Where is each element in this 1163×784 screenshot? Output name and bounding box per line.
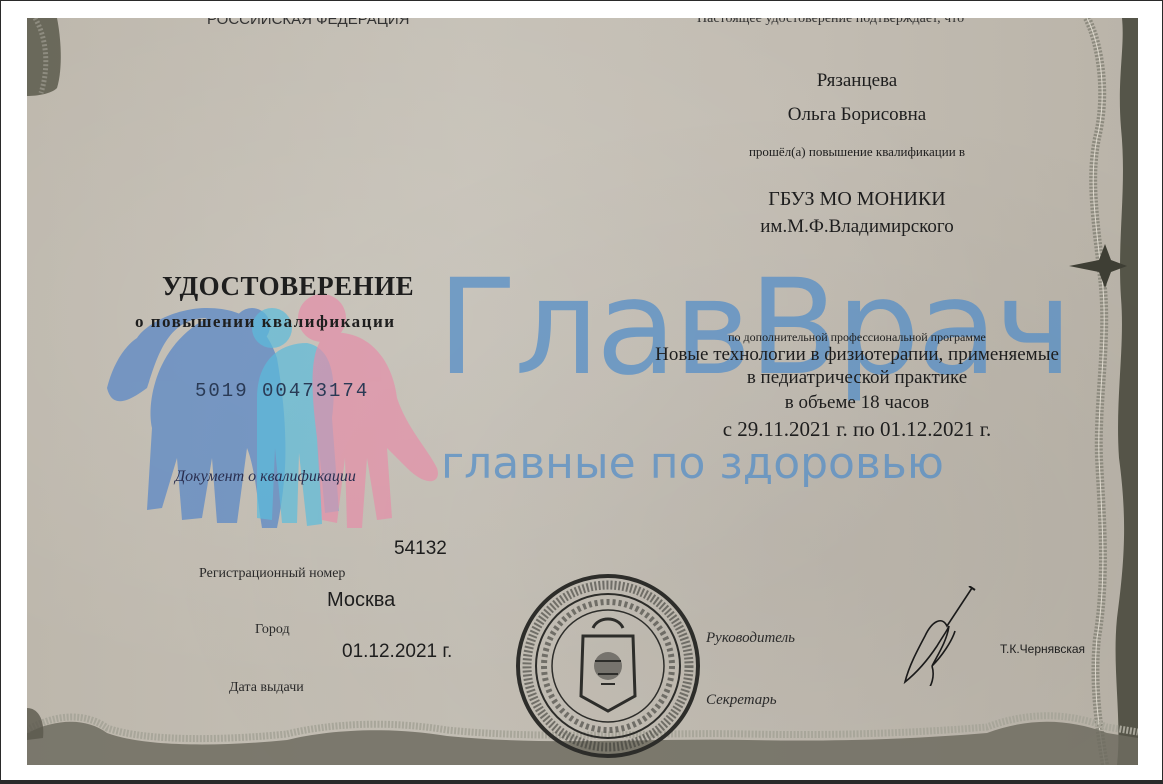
organization-name-line2: им.М.Ф.Владимирского: [587, 216, 1127, 238]
issue-date: 01.12.2021 г.: [342, 641, 452, 663]
organization-name: ГБУЗ МО МОНИКИ: [587, 188, 1127, 211]
frame-bottom-bar: [0, 780, 1163, 784]
program-title-line1: Новые технологии в физиотерапии, применя…: [587, 344, 1127, 366]
issue-date-label: Дата выдачи: [229, 680, 304, 696]
document-kind-label: Документ о квалификации: [175, 468, 356, 486]
certificate-subtitle: о повышении квалификации: [135, 312, 396, 332]
certificate-title: УДОСТОВЕРЕНИЕ: [162, 271, 414, 302]
header-right-text: Настоящее удостоверение подтверждает, чт…: [697, 18, 964, 27]
registration-number: 54132: [394, 538, 447, 560]
holder-last-name: Рязанцева: [587, 70, 1127, 92]
round-seal-icon: [513, 566, 703, 765]
registration-number-label: Регистрационный номер: [199, 566, 345, 582]
handwritten-signature-icon: [887, 586, 987, 686]
passed-text: прошёл(а) повышение квалификации в: [587, 144, 1127, 160]
watermark-tagline: главные по здоровью: [441, 442, 944, 486]
secretary-label: Секретарь: [706, 692, 777, 709]
holder-first-middle-name: Ольга Борисовна: [587, 104, 1127, 126]
program-label: по дополнительной профессиональной прогр…: [587, 330, 1127, 345]
certificate-number: 5019 00473174: [195, 380, 369, 402]
head-name: Т.К.Чернявская: [1000, 642, 1085, 656]
city-value: Москва: [327, 589, 395, 612]
program-title-line2: в педиатрической практике: [587, 367, 1127, 389]
program-volume: в объеме 18 часов: [587, 392, 1127, 414]
program-period: с 29.11.2021 г. по 01.12.2021 г.: [587, 417, 1127, 442]
header-left-text: РОССИЙСКАЯ ФЕДЕРАЦИЯ: [207, 18, 409, 28]
city-label: Город: [255, 622, 290, 638]
certificate-paper: РОССИЙСКАЯ ФЕДЕРАЦИЯ Настоящее удостовер…: [27, 18, 1138, 765]
head-label: Руководитель: [706, 630, 795, 647]
